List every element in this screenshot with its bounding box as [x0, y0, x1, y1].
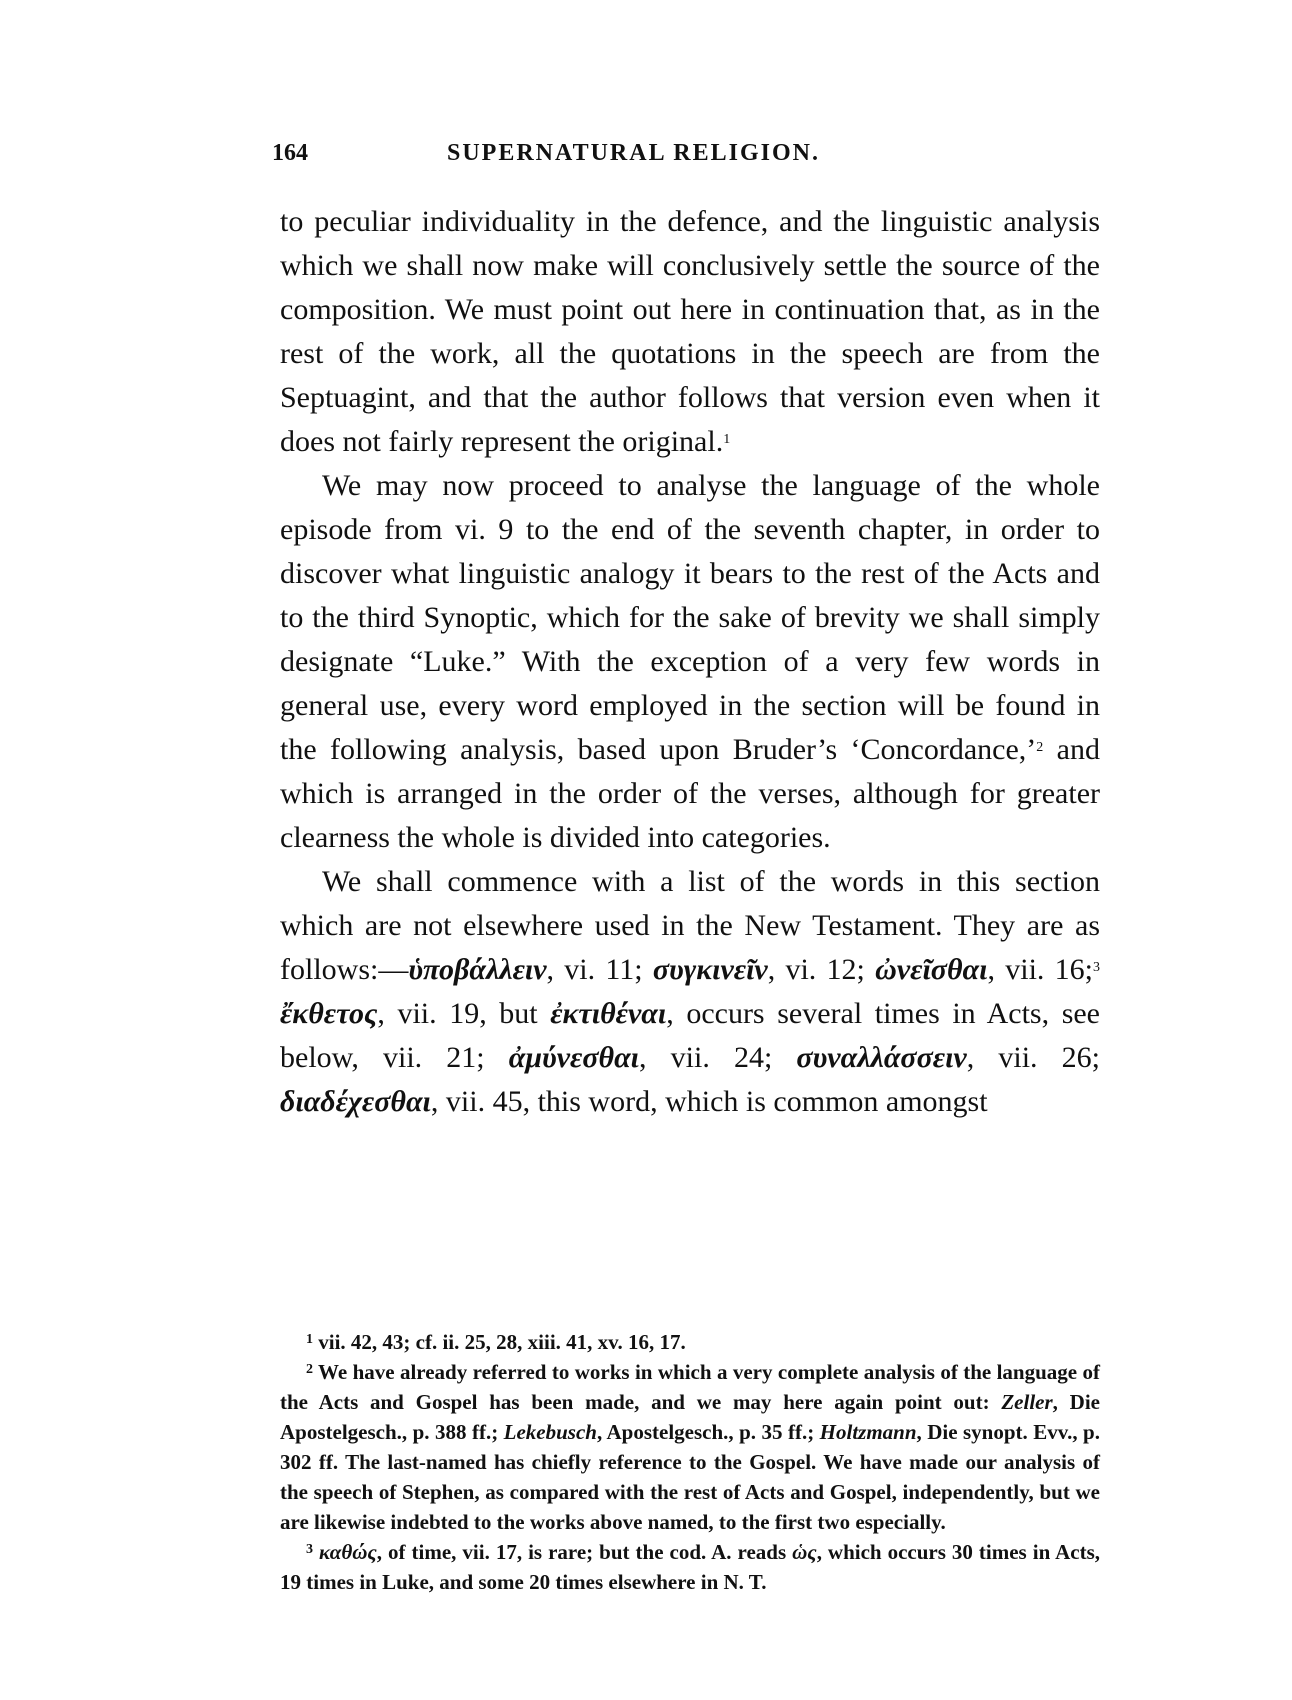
- paragraph-2: We may now proceed to analyse the langua…: [280, 464, 1100, 860]
- footnote-ref-1: 1: [723, 432, 730, 447]
- greek-word: ὑποβάλλειν: [408, 953, 546, 986]
- greek-word: διαδέχεσθαι: [280, 1085, 431, 1118]
- footnote-3: 3 καθώς, of time, vii. 17, is rare; but …: [280, 1537, 1100, 1597]
- paragraph-3: We shall commence with a list of the wor…: [280, 860, 1100, 1124]
- footnotes: 1 vii. 42, 43; cf. ii. 25, 28, xiii. 41,…: [280, 1327, 1100, 1597]
- greek-word: ὠνεῖσθαι: [875, 953, 987, 986]
- main-text: to peculiar individuality in the defence…: [280, 200, 1100, 1124]
- footnote-1: 1 vii. 42, 43; cf. ii. 25, 28, xiii. 41,…: [280, 1327, 1100, 1357]
- running-header: 164 SUPERNATURAL RELIGION.: [272, 140, 1032, 180]
- greek-word: συναλλάσσειν: [796, 1041, 966, 1074]
- greek-word: ἐκτιθέναι: [550, 997, 666, 1030]
- paragraph-1: to peculiar individuality in the defence…: [280, 200, 1100, 464]
- running-title: SUPERNATURAL RELIGION.: [447, 140, 820, 167]
- page-number: 164: [272, 140, 308, 167]
- footnote-ref-2: 2: [1036, 740, 1043, 755]
- greek-word: ἔκθετος: [280, 997, 377, 1030]
- book-page: 164 SUPERNATURAL RELIGION. to peculiar i…: [0, 0, 1292, 1700]
- footnote-ref-3: 3: [1093, 960, 1100, 975]
- greek-word: συγκινεῖν: [653, 953, 768, 986]
- greek-word: ἀμύνεσθαι: [509, 1041, 639, 1074]
- footnote-2: 2 We have already referred to works in w…: [280, 1357, 1100, 1537]
